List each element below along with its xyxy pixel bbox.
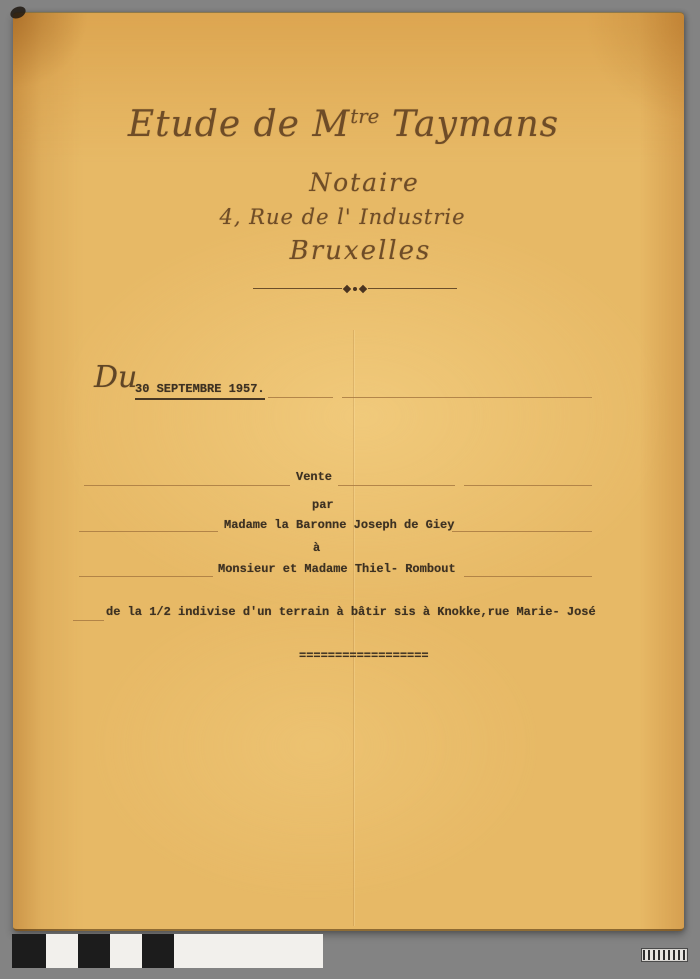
ruled-line — [73, 620, 104, 621]
paper-fold-line — [353, 330, 355, 926]
scan-background: Etude de Mtre Taymans Notaire 4, Rue de … — [0, 0, 700, 979]
scale-bar-white-long — [174, 934, 323, 968]
letterhead-title: Notaire — [29, 168, 700, 197]
connector-a: à — [313, 541, 320, 555]
date-value: 30 SEPTEMBRE 1957. — [135, 382, 265, 400]
dot-icon — [353, 287, 357, 291]
scale-square-black — [78, 934, 110, 968]
deed-type: Vente — [296, 470, 332, 484]
separator-line-right — [368, 288, 457, 289]
ruled-line — [464, 485, 592, 486]
scale-square-black — [142, 934, 174, 968]
separator-ornament-icon — [253, 283, 457, 294]
ruled-line — [452, 531, 592, 532]
diamond-icon — [343, 284, 351, 292]
mini-ruler-tag — [642, 949, 687, 961]
seller-name: Madame la Baronne Joseph de Giey — [224, 518, 454, 532]
ruled-line — [342, 397, 592, 398]
separator-line-left — [253, 288, 342, 289]
scale-square-white — [46, 934, 78, 968]
document-paper — [13, 12, 684, 931]
date-script-label: Du — [94, 360, 137, 395]
scale-square-black — [12, 934, 46, 968]
diamond-icon — [359, 284, 367, 292]
deed-object: de la 1/2 indivise d'un terrain à bâtir … — [106, 605, 596, 619]
ruled-line — [338, 485, 455, 486]
ruled-line — [84, 485, 290, 486]
buyer-name: Monsieur et Madame Thiel- Rombout — [218, 562, 456, 576]
ruled-line — [79, 531, 218, 532]
calibration-scale-bar — [12, 934, 323, 968]
letterhead-address: 4, Rue de l' Industrie — [7, 205, 678, 229]
scale-square-white — [110, 934, 142, 968]
ruled-line — [268, 397, 333, 398]
office-name-prefix: Etude de M — [128, 104, 350, 145]
ruled-line — [79, 576, 213, 577]
office-name-superscript: tre — [350, 105, 379, 128]
letterhead-city: Bruxelles — [25, 236, 696, 266]
letterhead-office-name: Etude de Mtre Taymans — [8, 104, 679, 145]
end-mark: ================== — [299, 649, 429, 663]
office-name-suffix: Taymans — [379, 104, 559, 145]
ruled-line — [464, 576, 592, 577]
connector-par: par — [312, 498, 334, 512]
